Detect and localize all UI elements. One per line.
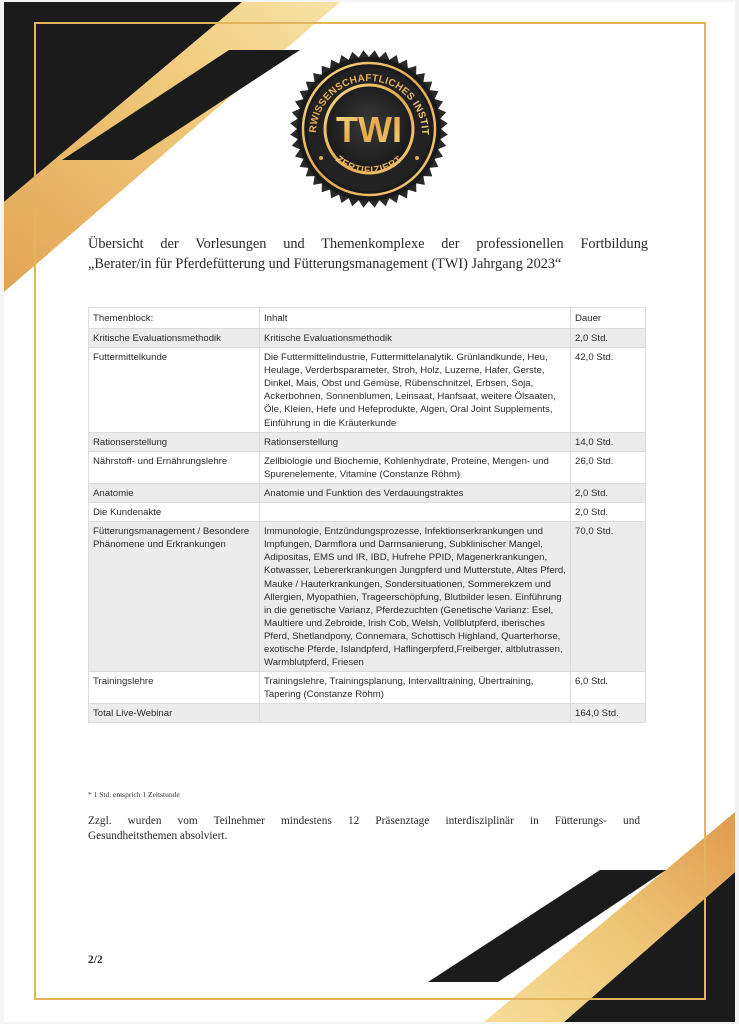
title-line-1: Übersicht der Vorlesungen und Themenkomp… [88,234,648,254]
table-row: Die Kundenakte2,0 Std. [89,503,646,522]
cell-themenblock: Die Kundenakte [89,503,260,522]
cell-dauer: 70,0 Std. [571,522,646,672]
cell-themenblock: Total Live-Webinar [89,704,260,723]
title-line-2: „Berater/in für Pferdefütterung und Fütt… [88,254,648,274]
table-row: AnatomieAnatomie und Funktion des Verdau… [89,483,646,502]
cell-themenblock: Kritische Evaluationsmethodik [89,329,260,348]
cell-inhalt: Rationserstellung [260,432,571,451]
cell-inhalt: Anatomie und Funktion des Verdauungstrak… [260,483,571,502]
cell-themenblock: Trainingslehre [89,672,260,704]
twi-seal-logo: TIERWISSENSCHAFTLICHES INSTITUT ZERTIFIZ… [288,48,450,210]
table-row: RationserstellungRationserstellung14,0 S… [89,432,646,451]
table-row: Total Live-Webinar164,0 Std. [89,704,646,723]
cell-themenblock: Nährstoff- und Ernährungslehre [89,451,260,483]
cell-dauer: 42,0 Std. [571,348,646,433]
summary-line-1: Zzgl. wurden vom Teilnehmer mindestens 1… [88,814,640,829]
table-row: Nährstoff- und ErnährungslehreZellbiolog… [89,451,646,483]
cell-inhalt [260,704,571,723]
table-header-row: Themenblock: Inhalt Dauer [89,308,646,329]
cell-dauer: 164,0 Std. [571,704,646,723]
cell-inhalt: Zellbiologie und Biochemie, Kohlenhydrat… [260,451,571,483]
header-inhalt: Inhalt [260,308,571,329]
footnote: * 1 Std. entsprich 1 Zeitstunde [88,790,180,799]
cell-dauer: 2,0 Std. [571,329,646,348]
cell-dauer: 14,0 Std. [571,432,646,451]
cell-dauer: 2,0 Std. [571,483,646,502]
cell-inhalt: Trainingslehre, Trainingsplanung, Interv… [260,672,571,704]
curriculum-table: Themenblock: Inhalt Dauer Kritische Eval… [88,307,646,723]
document-page: TIERWISSENSCHAFTLICHES INSTITUT ZERTIFIZ… [4,2,735,1022]
table-row: FuttermittelkundeDie Futtermittelindustr… [89,348,646,433]
cell-themenblock: Anatomie [89,483,260,502]
summary-line-2: Gesundheitsthemen absolviert. [88,830,227,842]
cell-dauer: 6,0 Std. [571,672,646,704]
cell-inhalt: Immunologie, Entzündungsprozesse, Infekt… [260,522,571,672]
cell-themenblock: Fütterungsmanagement / Besondere Phänome… [89,522,260,672]
cell-inhalt [260,503,571,522]
document-title: Übersicht der Vorlesungen und Themenkomp… [88,234,648,274]
cell-inhalt: Die Futtermittelindustrie, Futtermittela… [260,348,571,433]
header-dauer: Dauer [571,308,646,329]
cell-themenblock: Futtermittelkunde [89,348,260,433]
cell-themenblock: Rationserstellung [89,432,260,451]
table-row: TrainingslehreTrainingslehre, Trainingsp… [89,672,646,704]
summary-paragraph: Zzgl. wurden vom Teilnehmer mindestens 1… [88,814,640,844]
cell-dauer: 26,0 Std. [571,451,646,483]
cell-inhalt: Kritische Evaluationsmethodik [260,329,571,348]
svg-text:TWI: TWI [336,109,402,150]
cell-dauer: 2,0 Std. [571,503,646,522]
table-row: Kritische EvaluationsmethodikKritische E… [89,329,646,348]
page-number: 2/2 [88,954,103,966]
table-row: Fütterungsmanagement / Besondere Phänome… [89,522,646,672]
header-themenblock: Themenblock: [89,308,260,329]
